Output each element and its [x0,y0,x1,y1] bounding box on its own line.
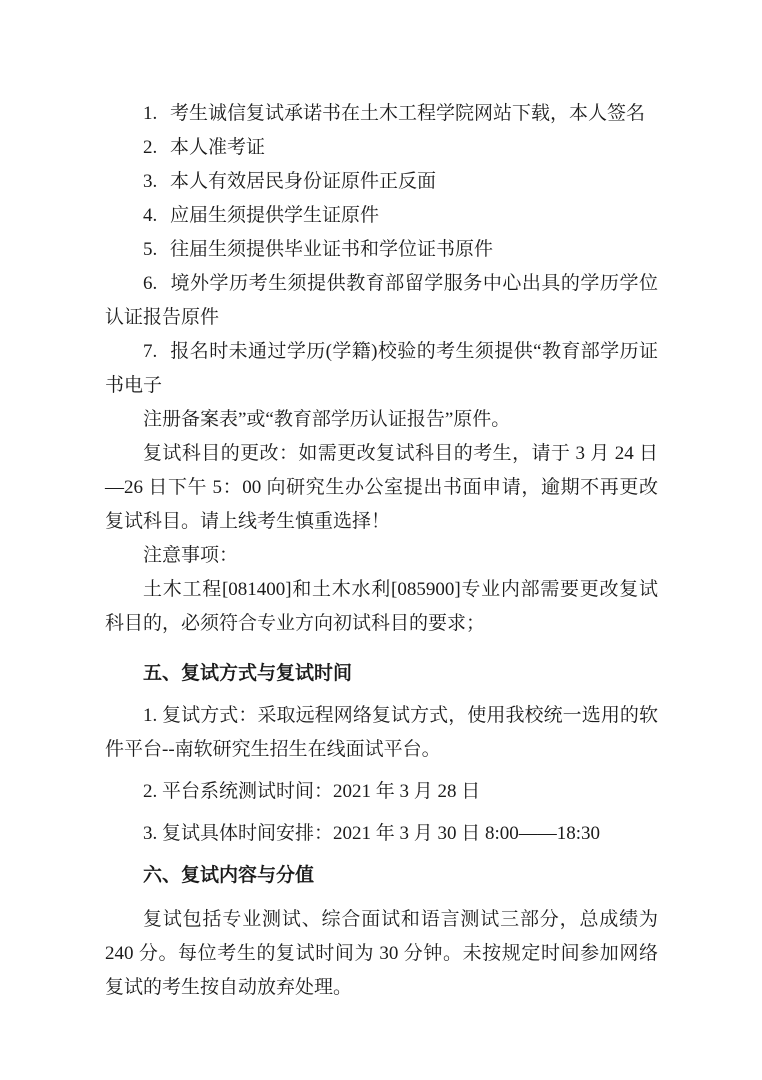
checklist-item-text: 境外学历考生须提供教育部留学服务中心出具的学历学位认证报告原件 [105,273,658,328]
checklist-item-text: 考生诚信复试承诺书在土木工程学院网站下载，本人签名 [170,103,645,124]
checklist-item-4: 4.应届生须提供学生证原件 [105,199,658,233]
checklist-item-7: 7.报名时未通过学历(学籍)校验的考生须提供“教育部学历证书电子 [105,335,658,403]
checklist-item-number: 3. [143,165,170,199]
section5-method-paragraph: 1. 复试方式：采取远程网络复试方式，使用我校统一选用的软件平台--南软研究生招… [105,699,658,767]
document-content: 1.考生诚信复试承诺书在土木工程学院网站下载，本人签名 2.本人准考证 3.本人… [105,97,658,1005]
section6-heading: 六、复试内容与分值 [105,859,658,893]
checklist-item-6: 6.境外学历考生须提供教育部留学服务中心出具的学历学位认证报告原件 [105,267,658,335]
section6-body-paragraph: 复试包括专业测试、综合面试和语言测试三部分，总成绩为 240 分。每位考生的复试… [105,903,658,1005]
checklist-item-number: 1. [143,97,170,131]
checklist-item-number: 6. [143,267,170,301]
checklist-item-text: 往届生须提供毕业证书和学位证书原件 [170,239,493,260]
document-page: 1.考生诚信复试承诺书在土木工程学院网站下载，本人签名 2.本人准考证 3.本人… [0,0,762,1080]
section5-heading: 五、复试方式与复试时间 [105,657,658,691]
checklist-item-5: 5.往届生须提供毕业证书和学位证书原件 [105,233,658,267]
checklist-item-text: 应届生须提供学生证原件 [170,205,379,226]
checklist-item-2: 2.本人准考证 [105,131,658,165]
checklist-item-number: 4. [143,199,170,233]
checklist-item-number: 5. [143,233,170,267]
checklist-item-3: 3.本人有效居民身份证原件正反面 [105,165,658,199]
checklist-item-text: 报名时未通过学历(学籍)校验的考生须提供“教育部学历证书电子 [105,341,658,396]
notice-body-paragraph: 土木工程[081400]和土木水利[085900]专业内部需要更改复试科目的，必… [105,573,658,641]
checklist-item-number: 7. [143,335,170,369]
checklist-item-text: 本人有效居民身份证原件正反面 [170,171,436,192]
section5-schedule-paragraph: 3. 复试具体时间安排：2021 年 3 月 30 日 8:00——18:30 [105,817,658,851]
subject-change-paragraph: 复试科目的更改：如需更改复试科目的考生，请于 3 月 24 日—26 日下午 5… [105,437,658,539]
notice-label: 注意事项： [105,539,658,573]
section5-body: 1. 复试方式：采取远程网络复试方式，使用我校统一选用的软件平台--南软研究生招… [105,699,658,851]
section5-system-test-paragraph: 2. 平台系统测试时间：2021 年 3 月 28 日 [105,775,658,809]
checklist-item-number: 2. [143,131,170,165]
checklist-item-text: 本人准考证 [170,137,265,158]
checklist-item-1: 1.考生诚信复试承诺书在土木工程学院网站下载，本人签名 [105,97,658,131]
registration-form-paragraph: 注册备案表”或“教育部学历认证报告”原件。 [105,403,658,437]
